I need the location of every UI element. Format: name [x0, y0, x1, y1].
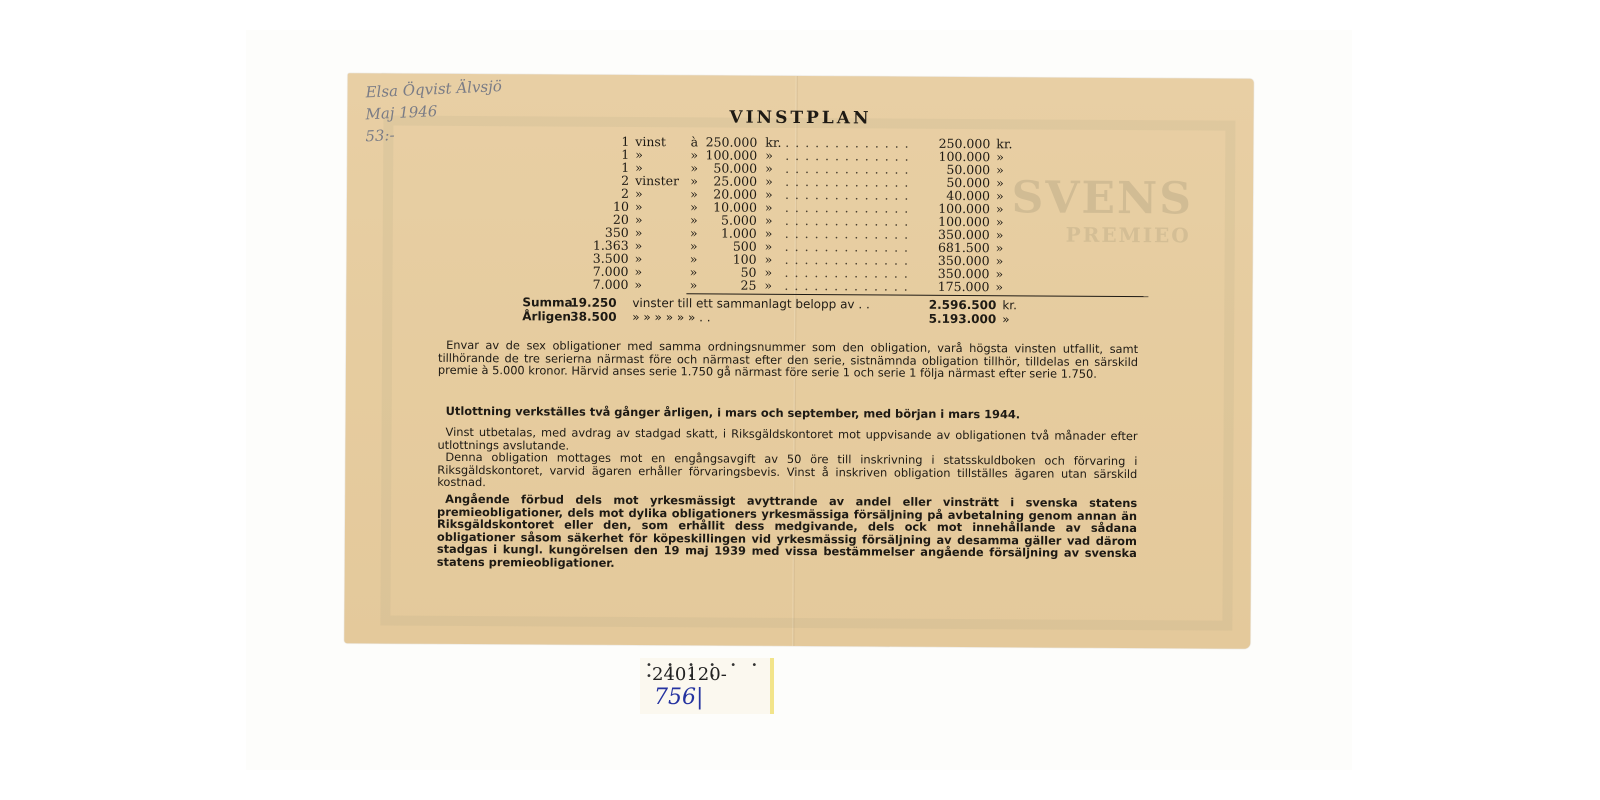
- prize-count: 2: [517, 173, 629, 187]
- leader-dots: . . . . . . . . . . . . . . . . . . . . …: [784, 279, 914, 293]
- leader-dots: . . . . . . . . . . . . . . . . . . . . …: [785, 240, 915, 254]
- prize-count: 7.000: [516, 277, 628, 291]
- summary-count: 19.250: [570, 297, 632, 311]
- prize-total-unit: »: [989, 280, 1009, 293]
- summary-total: 5.193.000: [924, 312, 996, 326]
- summary-unit: »: [996, 313, 1009, 327]
- prize-word: »: [628, 278, 688, 291]
- summary-total: 2.596.500: [924, 299, 996, 313]
- paragraph-sales-regulation: Angående förbud dels mot yrkesmässigt av…: [437, 493, 1137, 573]
- leader-dots: . . . . . . . . . . . . . . . . . . . . …: [785, 149, 915, 163]
- summary-label: Summa: [522, 296, 570, 310]
- prize-amount: 25: [698, 278, 756, 291]
- prize-total: 175.000: [914, 280, 989, 293]
- prize-plan-table: 1vinstà250.000kr.. . . . . . . . . . . .…: [516, 134, 1149, 297]
- paragraph-special-premium: Envar av de sex obligationer med samma o…: [438, 339, 1138, 381]
- leader-dots: . . . . . . . . . . . . . . . . . . . . …: [785, 188, 915, 202]
- summary-label: Årligen: [522, 310, 570, 324]
- summary-unit: kr.: [996, 299, 1017, 313]
- summary-text: » » » » » » . .: [632, 310, 924, 325]
- leader-dots: . . . . . . . . . . . . . . . . . . . . …: [785, 253, 915, 267]
- archive-label: • • • • • • • • • • 240120- 756|: [640, 658, 774, 714]
- prize-row: 7.000»»25». . . . . . . . . . . . . . . …: [516, 277, 1148, 294]
- prize-unit: »: [756, 279, 784, 292]
- prize-count: 1: [517, 160, 629, 174]
- leader-dots: . . . . . . . . . . . . . . . . . . . . …: [785, 175, 915, 189]
- prize-a: »: [688, 278, 698, 291]
- leader-dots: . . . . . . . . . . . . . . . . . . . . …: [785, 201, 915, 215]
- prize-summary: Summa19.250vinster till ett sammanlagt b…: [522, 296, 1017, 326]
- prize-count: 1: [517, 147, 629, 161]
- label-handwritten-number: 756|: [654, 685, 703, 710]
- label-printed-number: 240120-: [652, 664, 727, 685]
- summary-count: 38.500: [570, 310, 632, 324]
- leader-dots: . . . . . . . . . . . . . . . . . . . . …: [785, 214, 915, 228]
- leader-dots: . . . . . . . . . . . . . . . . . . . . …: [785, 136, 915, 150]
- leader-dots: . . . . . . . . . . . . . . . . . . . . …: [785, 227, 915, 241]
- prize-count: 1: [517, 134, 629, 148]
- leader-dots: . . . . . . . . . . . . . . . . . . . . …: [785, 266, 915, 280]
- paragraph-payout-registration: Vinst utbetalas, med avdrag av stadgad s…: [437, 426, 1137, 493]
- bond-document-back: SVENS PREMIEO Elsa Öqvist Älvsjö Maj 194…: [344, 73, 1253, 649]
- leader-dots: . . . . . . . . . . . . . . . . . . . . …: [785, 162, 915, 176]
